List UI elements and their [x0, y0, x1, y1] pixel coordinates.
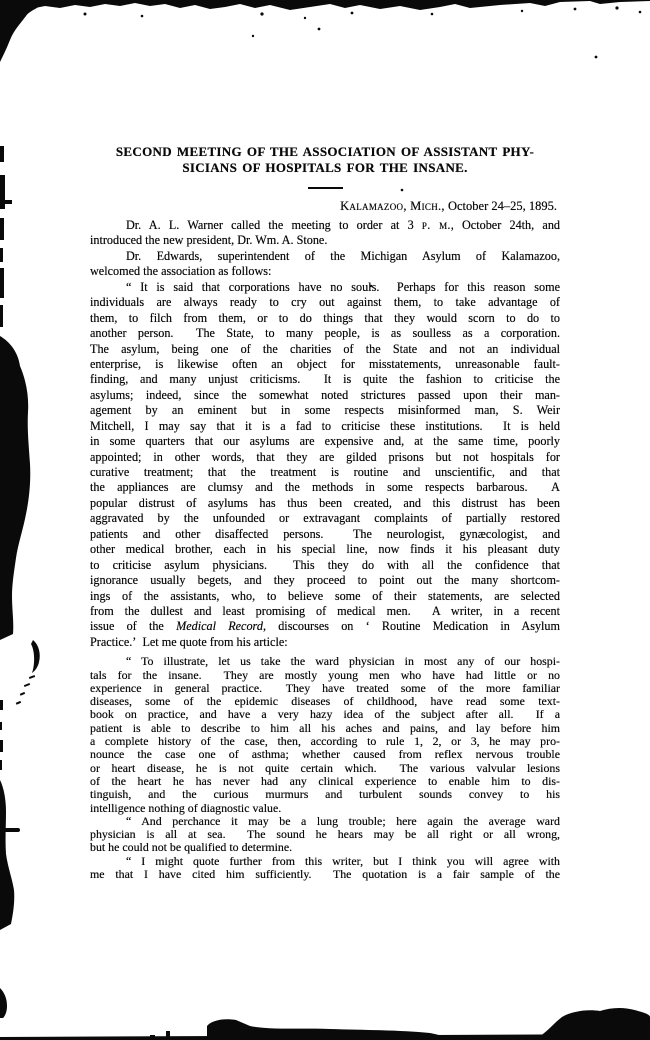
text-line: from the dullest and least promising of … — [90, 604, 560, 619]
text-line: or heart disease, he is not quite certai… — [90, 762, 560, 775]
text-line: of the heart he has never had any clinic… — [90, 775, 560, 788]
text-segment: or heart disease, he is not quite certai… — [90, 762, 560, 775]
text-segment: “ I might quote further from this writer… — [126, 855, 560, 868]
left-lower-strip — [0, 780, 14, 930]
text-line: to criticise asylum physicians. This the… — [90, 558, 560, 573]
text-line: me that I have cited him sufficiently. T… — [90, 868, 560, 881]
text-segment: me that I have cited him sufficiently. T… — [90, 868, 560, 881]
text-line: book on practice, and have a very hazy i… — [90, 708, 560, 721]
text-segment: The asylum, being one of the charities o… — [90, 342, 560, 356]
text-segment: welcomed the association as follows: — [90, 264, 271, 278]
text-line: Mitchell, I may say that it is a fad to … — [90, 419, 560, 434]
text-line: individuals are always ready to cry out … — [90, 295, 560, 310]
bottom-edge-line — [0, 1034, 650, 1040]
text-segment: “ And perchance it may be a lung trouble… — [126, 815, 560, 828]
text-line: The asylum, being one of the charities o… — [90, 342, 560, 357]
text-segment: experience in general practice. They hav… — [90, 682, 560, 695]
paragraph: “ I might quote further from this writer… — [90, 855, 560, 882]
text-line: curative treatment; that the treatment i… — [90, 465, 560, 480]
text-segment: but he could not be qualified to determi… — [90, 841, 292, 854]
text-segment: individuals are always ready to cry out … — [90, 295, 560, 309]
text-segment: October 24–25, 1895. — [445, 199, 557, 213]
article-body: Dr. A. L. Warner called the meeting to o… — [90, 218, 560, 881]
scanned-page: SECOND MEETING OF THE ASSOCIATION OF ASS… — [0, 0, 650, 1040]
paragraph: “ And perchance it may be a lung trouble… — [90, 815, 560, 855]
article-title: SECOND MEETING OF THE ASSOCIATION OF ASS… — [90, 144, 560, 176]
text-line: tals for the insane. They are mostly you… — [90, 669, 560, 682]
text-segment: Practice.’ Let me quote from his article… — [90, 635, 288, 649]
text-line: experience in general practice. They hav… — [90, 682, 560, 695]
text-line: ings of the assistants, who, to believe … — [90, 589, 560, 604]
text-segment: , October 24th, and — [451, 218, 560, 232]
page-text: SECOND MEETING OF THE ASSOCIATION OF ASS… — [90, 144, 560, 881]
text-segment: aggravated by the unfounded or extravaga… — [90, 511, 560, 525]
bottom-band — [207, 1019, 452, 1040]
text-segment: book on practice, and have a very hazy i… — [90, 708, 560, 721]
text-line: intelligence nothing of diagnostic value… — [90, 802, 560, 815]
paragraph: “ To illustrate, let us take the ward ph… — [90, 655, 560, 815]
text-line: aggravated by the unfounded or extravaga… — [90, 511, 560, 526]
text-line: introduced the new president, Dr. Wm. A.… — [90, 233, 560, 248]
text-line: welcomed the association as follows: — [90, 264, 560, 279]
text-segment: curative treatment; that the treatment i… — [90, 465, 560, 479]
title-line-2: SICIANS OF HOSPITALS FOR THE INSANE. — [90, 160, 560, 176]
text-line: “ I might quote further from this writer… — [90, 855, 560, 868]
text-line: other medical brother, each in his speci… — [90, 542, 560, 557]
text-line: agement by an eminent but in some respec… — [90, 403, 560, 418]
text-line: appointed; in other words, that they are… — [90, 450, 560, 465]
text-line: “ It is said that corporations have no s… — [90, 280, 560, 295]
text-segment: them, to filch from them, or to do thing… — [90, 311, 560, 325]
top-edge-artifact — [0, 0, 650, 10]
text-line: ignorance usually begets, and they proce… — [90, 573, 560, 588]
text-line: in some quarters that our asylums are ex… — [90, 434, 560, 449]
text-line: tinguish, and the curious murmurs and tu… — [90, 788, 560, 801]
text-line: Dr. Edwards, superintendent of the Michi… — [90, 249, 560, 264]
text-segment: enterprise, is likewise often an object … — [90, 357, 560, 371]
text-segment: physician is all at sea. The sound he he… — [90, 828, 560, 841]
text-segment: to criticise asylum physicians. This the… — [90, 558, 560, 572]
text-segment: Mitchell, I may say that it is a fad to … — [90, 419, 560, 433]
text-segment: p. m. — [422, 218, 451, 232]
text-segment: the appliances are clumsy and the method… — [90, 480, 560, 494]
text-segment: Dr. Edwards, superintendent of the Michi… — [126, 249, 560, 263]
paragraph: Dr. A. L. Warner called the meeting to o… — [90, 218, 560, 249]
title-line-1: SECOND MEETING OF THE ASSOCIATION OF ASS… — [90, 144, 560, 160]
text-segment: , discourses on ‘ Routine Medication in … — [263, 619, 560, 633]
left-edge-blob — [0, 336, 30, 640]
text-line: finding, and many unjust criticisms. It … — [90, 372, 560, 387]
text-line: Dr. A. L. Warner called the meeting to o… — [90, 218, 560, 233]
paragraph: “ It is said that corporations have no s… — [90, 280, 560, 651]
text-line: popular distrust of asylums has thus bee… — [90, 496, 560, 511]
text-segment: tinguish, and the curious murmurs and tu… — [90, 788, 560, 801]
text-segment: ings of the assistants, who, to believe … — [90, 589, 560, 603]
bottom-right-blob — [540, 1008, 650, 1040]
text-line: “ To illustrate, let us take the ward ph… — [90, 655, 560, 668]
text-line: Practice.’ Let me quote from his article… — [90, 635, 560, 650]
text-segment: another person. The State, to many peopl… — [90, 326, 560, 340]
comma-mark — [31, 640, 40, 673]
left-bottom-hook — [0, 988, 7, 1018]
text-segment: patients and other disaffected persons. … — [90, 527, 560, 541]
text-segment: ignorance usually begets, and they proce… — [90, 573, 560, 587]
top-left-blob — [0, 0, 48, 62]
text-segment: of the heart he has never had any clinic… — [90, 775, 560, 788]
text-line: issue of the Medical Record, discourses … — [90, 619, 560, 634]
text-line: physician is all at sea. The sound he he… — [90, 828, 560, 841]
text-line: patient is able to describe to him all h… — [90, 722, 560, 735]
text-line: the appliances are clumsy and the method… — [90, 480, 560, 495]
text-segment: tals for the insane. They are mostly you… — [90, 669, 560, 682]
text-line: diseases, some of the epidemic diseases … — [90, 695, 560, 708]
text-line: enterprise, is likewise often an object … — [90, 357, 560, 372]
paragraph: Dr. Edwards, superintendent of the Michi… — [90, 249, 560, 280]
text-segment: “ It is said that corporations have no s… — [126, 280, 560, 294]
text-segment: other medical brother, each in his speci… — [90, 542, 560, 556]
text-segment: appointed; in other words, that they are… — [90, 450, 560, 464]
text-segment: nounce the case one of asthma; whether c… — [90, 748, 560, 761]
text-line: “ And perchance it may be a lung trouble… — [90, 815, 560, 828]
text-segment: asylums; indeed, since the somewhat note… — [90, 388, 560, 402]
text-line: patients and other disaffected persons. … — [90, 527, 560, 542]
text-segment: introduced the new president, Dr. Wm. A.… — [90, 233, 327, 247]
text-segment: Kalamazoo, Mich., — [340, 199, 445, 213]
title-divider — [308, 187, 343, 189]
text-segment: issue of the — [90, 619, 176, 633]
text-segment: in some quarters that our asylums are ex… — [90, 434, 560, 448]
text-line: nounce the case one of asthma; whether c… — [90, 748, 560, 761]
text-segment: Medical Record — [176, 619, 263, 633]
text-segment: finding, and many unjust criticisms. It … — [90, 372, 560, 386]
text-line: them, to filch from them, or to do thing… — [90, 311, 560, 326]
text-line: but he could not be qualified to determi… — [90, 841, 560, 854]
text-segment: “ To illustrate, let us take the ward ph… — [126, 655, 560, 668]
text-segment: intelligence nothing of diagnostic value… — [90, 802, 281, 815]
text-segment: a complete history of the case, then, ac… — [90, 735, 560, 748]
text-segment: agement by an eminent but in some respec… — [90, 403, 560, 417]
text-line: asylums; indeed, since the somewhat note… — [90, 388, 560, 403]
text-segment: diseases, some of the epidemic diseases … — [90, 695, 560, 708]
text-segment: Dr. A. L. Warner called the meeting to o… — [126, 218, 422, 232]
text-line: a complete history of the case, then, ac… — [90, 735, 560, 748]
text-segment: popular distrust of asylums has thus bee… — [90, 496, 560, 510]
text-line: another person. The State, to many peopl… — [90, 326, 560, 341]
text-segment: from the dullest and least promising of … — [90, 604, 560, 618]
dateline: Kalamazoo, Mich., October 24–25, 1895. — [90, 199, 560, 213]
text-segment: patient is able to describe to him all h… — [90, 722, 560, 735]
